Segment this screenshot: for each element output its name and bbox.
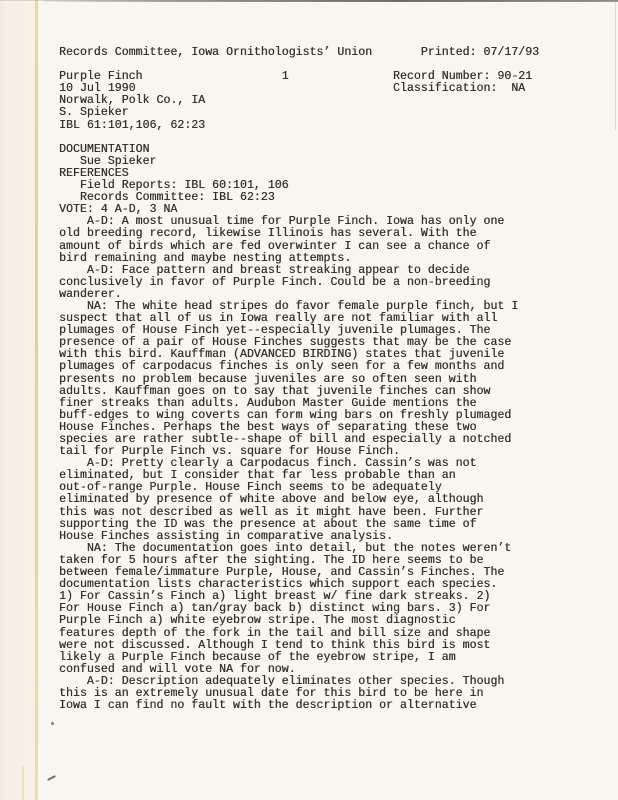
- text-line: eliminated by presence of white above an…: [59, 494, 539, 506]
- text-line: bird remaining and maybe nesting attempt…: [59, 253, 539, 265]
- page-crease-line: [35, 0, 38, 800]
- pen-tick-mark: [47, 775, 56, 781]
- text-line: amount of birds which are fed overwinter…: [59, 241, 539, 253]
- scanned-document-page: Records Committee, Iowa Ornithologists’ …: [0, 0, 618, 800]
- text-line: Iowa I can find no fault with the descri…: [59, 700, 539, 712]
- text-line: this was not described as well as it mig…: [59, 507, 539, 519]
- text-line: old breeding record, likewise Illinois h…: [59, 228, 539, 240]
- text-line: plumages of carpodacus finches is only s…: [59, 361, 539, 373]
- text-line: A-D: Face pattern and breast streaking a…: [59, 265, 539, 277]
- text-line: [59, 132, 539, 144]
- text-line: supporting the ID was the presence at ab…: [59, 519, 539, 531]
- scan-top-edge-line: [44, 0, 618, 2]
- text-line: Records Committee, Iowa Ornithologists’ …: [59, 47, 539, 59]
- text-line: IBL 61:101,106, 62:23: [59, 120, 539, 132]
- page-crease-line-secondary: [22, 766, 24, 800]
- text-line: adults. Kauffman goes on to say that juv…: [59, 386, 539, 398]
- pen-dot-mark: [51, 722, 54, 725]
- text-line: Purple Finch a) white eyebrow stripe. Th…: [59, 615, 539, 627]
- text-line: S. Spieker: [59, 107, 539, 119]
- page-left-margin: [0, 0, 35, 800]
- text-line: finer streaks than adults. Audubon Maste…: [59, 398, 539, 410]
- typewritten-text-block: Records Committee, Iowa Ornithologists’ …: [59, 47, 539, 712]
- text-line: likely a Purple Finch because of the eye…: [59, 652, 539, 664]
- text-line: conclusively in favor of Purple Finch. C…: [59, 277, 539, 289]
- text-line: were not discussed. Although I tend to t…: [59, 640, 539, 652]
- text-line: presents no problem because juveniles ar…: [59, 374, 539, 386]
- text-line: Sue Spieker: [59, 156, 539, 168]
- text-line: Norwalk, Polk Co., IA: [59, 95, 539, 107]
- scan-right-edge-line: [615, 0, 616, 130]
- text-line: features depth of the fork in the tail a…: [59, 628, 539, 640]
